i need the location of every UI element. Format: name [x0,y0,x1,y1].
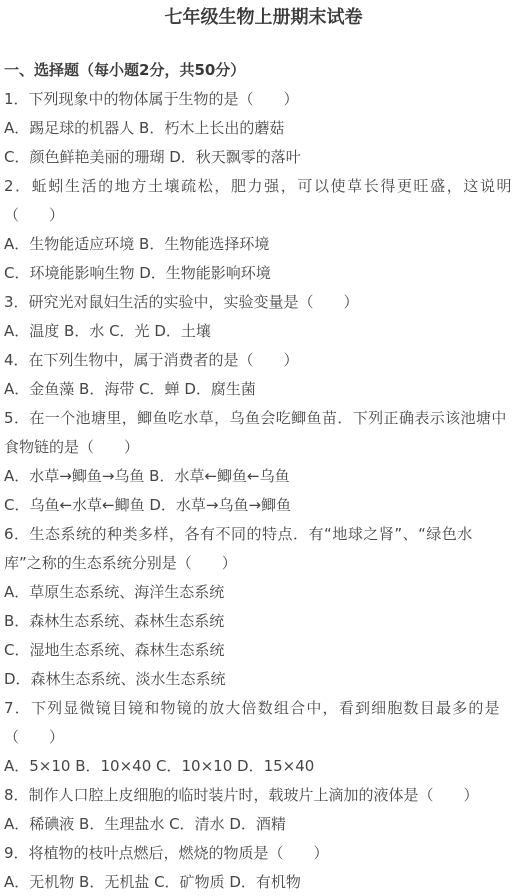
question-8-stem: 8．制作人口腔上皮细胞的临时装片时，载玻片上滴加的液体是（ ） [4,782,524,811]
question-5-options-cd: C．乌鱼←水草←鲫鱼 D．水草→乌鱼→鲫鱼 [4,492,524,521]
question-7-options: A．5×10 B．10×40 C．10×10 D．15×40 [4,753,524,782]
question-5-stem: 5．在一个池塘里，鲫鱼吃水草，乌鱼会吃鲫鱼苗．下列正确表示该池塘中 [4,405,524,434]
question-3-options: A．温度 B．水 C．光 D．土壤 [4,318,524,347]
question-2-options-cd: C．环境能影响生物 D．生物能影响环境 [4,260,524,289]
question-list: 1．下列现象中的物体属于生物的是（ ） A．踢足球的机器人 B．朽木上长出的蘑菇… [4,86,524,896]
question-4-stem: 4．在下列生物中，属于消费者的是（ ） [4,347,524,376]
question-6-stem: 6．生态系统的种类多样，各有不同的特点．有“地球之肾”、“绿色水 [4,521,524,550]
question-2-options-ab: A．生物能适应环境 B．生物能选择环境 [4,231,524,260]
question-6-option-c: C．湿地生态系统、森林生态系统 [4,637,524,666]
question-7-stem-cont: （ ） [4,724,524,753]
question-2-stem: 2．蚯蚓生活的地方土壤疏松，肥力强，可以使草长得更旺盛，这说明 [4,173,524,202]
question-6-option-a: A．草原生态系统、海洋生态系统 [4,579,524,608]
question-9-options: A．无机物 B．无机盐 C．矿物质 D．有机物 [4,869,524,896]
question-1-options-ab: A．踢足球的机器人 B．朽木上长出的蘑菇 [4,115,524,144]
question-2-stem-cont: （ ） [4,202,524,231]
question-6-option-d: D．森林生态系统、淡水生态系统 [4,666,524,695]
question-4-options: A．金鱼藻 B．海带 C．蝉 D．腐生菌 [4,376,524,405]
question-5-stem-cont: 食物链的是（ ） [4,434,524,463]
question-5-options-ab: A．水草→鲫鱼→乌鱼 B．水草←鲫鱼←乌鱼 [4,463,524,492]
question-6-option-b: B．森林生态系统、森林生态系统 [4,608,524,637]
question-9-stem: 9．将植物的枝叶点燃后，燃烧的物质是（ ） [4,840,524,869]
question-3-stem: 3．研究光对鼠妇生活的实验中，实验变量是（ ） [4,289,524,318]
page-title: 七年级生物上册期末试卷 [0,6,527,30]
question-7-stem: 7．下列显微镜目镜和物镜的放大倍数组合中，看到细胞数目最多的是 [4,695,524,724]
question-1-stem: 1．下列现象中的物体属于生物的是（ ） [4,86,524,115]
question-8-options: A．稀碘液 B．生理盐水 C．清水 D．酒精 [4,811,524,840]
question-6-stem-cont: 库”之称的生态系统分别是（ ） [4,550,524,579]
question-1-options-cd: C．颜色鲜艳美丽的珊瑚 D．秋天飘零的落叶 [4,144,524,173]
exam-page: 七年级生物上册期末试卷 一、选择题（每小题2分，共50分） 1．下列现象中的物体… [0,0,527,896]
section-header: 一、选择题（每小题2分，共50分） [4,58,245,82]
